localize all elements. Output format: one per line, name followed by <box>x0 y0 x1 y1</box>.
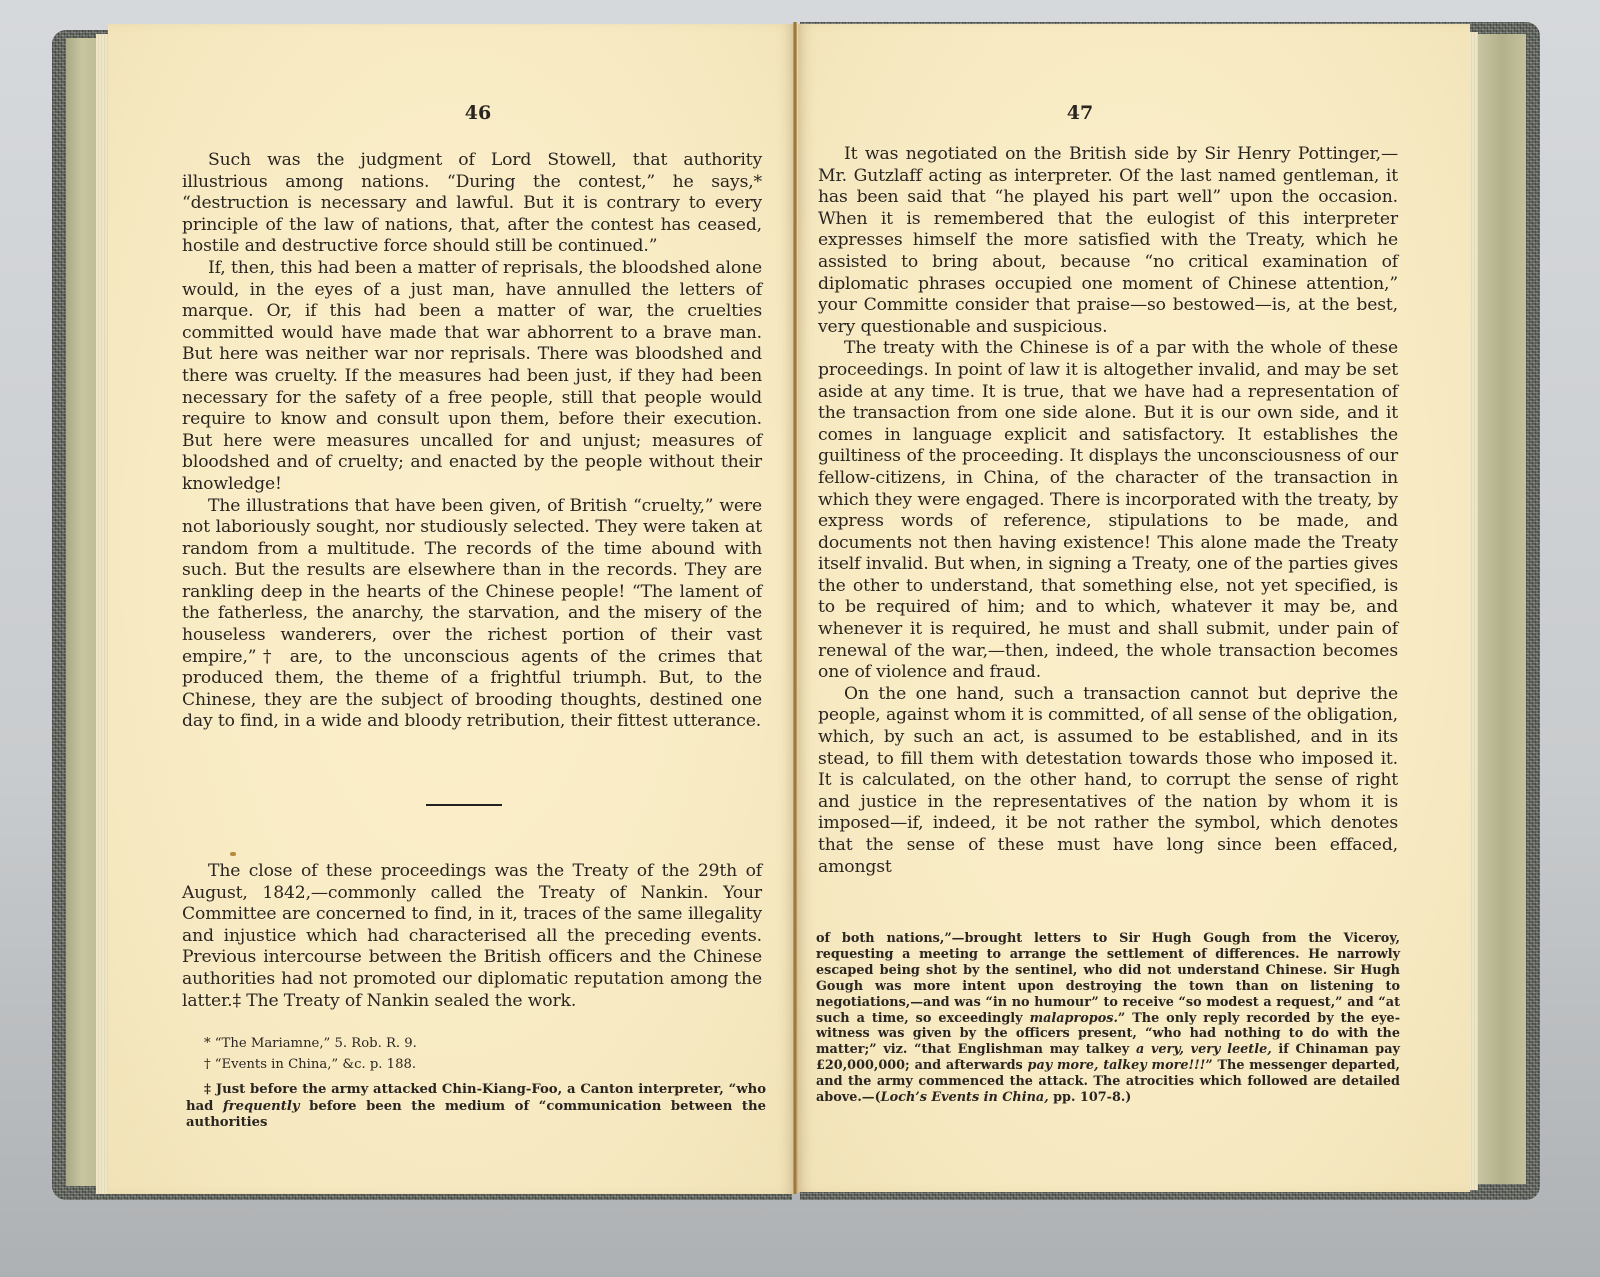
paragraph: The close of these proceedings was the T… <box>182 861 762 1012</box>
footnote-italic: malapropos. <box>1030 1011 1118 1026</box>
paragraph: It was negotiated on the British side by… <box>818 144 1398 338</box>
ink-stain <box>230 852 236 856</box>
footnote-italic: a very, very leetle, <box>1136 1042 1272 1057</box>
book-gutter <box>793 22 797 1194</box>
paragraph: Such was the judgment of Lord Stowell, t… <box>182 150 762 258</box>
paragraph: If, then, this had been a matter of repr… <box>182 258 762 496</box>
footnote: ‡ Just before the army attacked Chin-Kia… <box>186 1082 766 1131</box>
footnote-italic: frequently <box>223 1099 300 1114</box>
page-number: 46 <box>428 102 528 124</box>
footnote-continuation: of both nations,”—brought letters to Sir… <box>816 931 1400 1106</box>
footnotes: * “The Mariamne,” 5. Rob. R. 9. † “Event… <box>186 1036 766 1136</box>
page-right: 47 It was negotiated on the British side… <box>798 24 1470 1192</box>
section-text: The close of these proceedings was the T… <box>182 861 762 1012</box>
body-text: It was negotiated on the British side by… <box>818 144 1398 878</box>
body-text: Such was the judgment of Lord Stowell, t… <box>182 150 762 733</box>
paragraph: On the one hand, such a transaction cann… <box>818 684 1398 878</box>
page-number: 47 <box>1030 102 1130 124</box>
footnote: of both nations,”—brought letters to Sir… <box>816 931 1400 1106</box>
footnote-italic: Loch’s Events in China, <box>881 1090 1049 1105</box>
endpaper-right <box>1478 34 1526 1184</box>
footnote: † “Events in China,” &c. p. 188. <box>186 1057 766 1073</box>
section-divider <box>426 804 502 806</box>
paragraph: The treaty with the Chinese is of a par … <box>818 338 1398 684</box>
paragraph: The illustrations that have been given, … <box>182 496 762 734</box>
page-left: 46 Such was the judgment of Lord Stowell… <box>108 24 794 1194</box>
footnote: * “The Mariamne,” 5. Rob. R. 9. <box>186 1036 766 1052</box>
footnote-text: pp. 107-8.) <box>1049 1090 1132 1105</box>
footnote-italic: pay more, talkey more!!! <box>1028 1058 1206 1073</box>
